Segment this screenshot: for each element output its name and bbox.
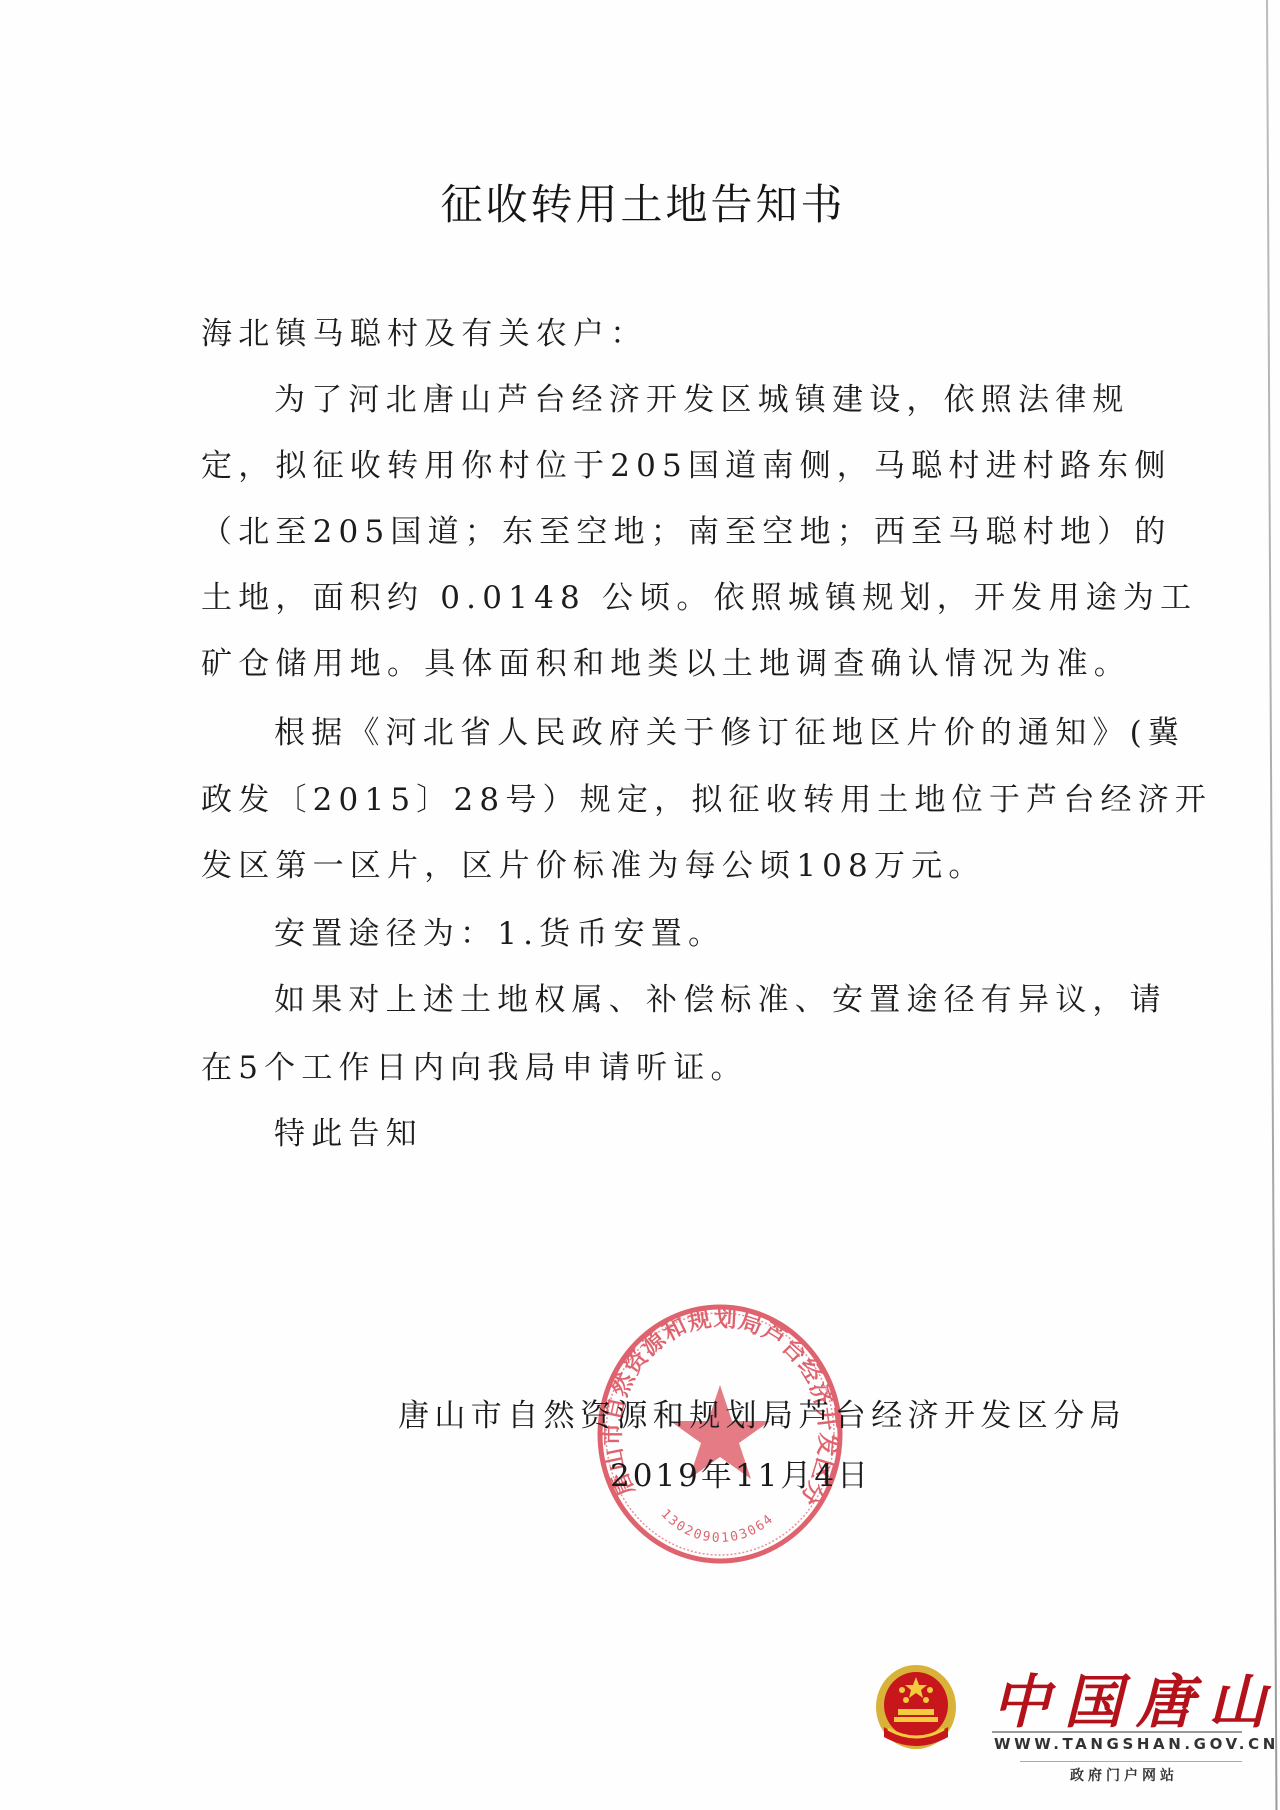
svg-text:1302090103064: 1302090103064 — [658, 1507, 778, 1546]
issue-date: 2019年11月4日 — [610, 1450, 871, 1495]
body-line: 安置途径为：1.货币安置。 — [274, 914, 1154, 954]
stamp-code: 1302090103064 — [658, 1507, 778, 1546]
body-line: 在5个工作日内向我局申请听证。 — [201, 1048, 1081, 1088]
scan-edge-line — [1266, 0, 1277, 1810]
body-line: 为了河北唐山芦台经济开发区城镇建设，依照法律规 — [274, 380, 1154, 420]
document-page: 征收转用土地告知书 海北镇马聪村及有关农户： 为了河北唐山芦台经济开发区城镇建设… — [0, 0, 1280, 1810]
body-line: 发区第一区片，区片价标准为每公顷108万元。 — [201, 846, 1081, 886]
document-title: 征收转用土地告知书 — [0, 172, 1280, 232]
logo-subtitle: 政府门户网站 — [1070, 1765, 1178, 1785]
body-line: 定，拟征收转用你村位于205国道南侧，马聪村进村路东侧 — [201, 446, 1081, 486]
salutation: 海北镇马聪村及有关农户： — [201, 314, 1081, 354]
body-line: 土地，面积约 0.0148 公顷。依照城镇规划，开发用途为工 — [201, 578, 1081, 618]
national-emblem-icon — [874, 1663, 958, 1757]
body-line: 如果对上述土地权属、补偿标准、安置途径有异议，请 — [274, 980, 1154, 1020]
logo-url: WWW.TANGSHAN.GOV.CN — [994, 1735, 1279, 1753]
logo-title: 中国唐山 — [992, 1655, 1280, 1739]
body-line: 特此告知 — [274, 1114, 1154, 1154]
logo-divider — [992, 1731, 1242, 1733]
body-line: （北至205国道；东至空地；南至空地；西至马聪村地）的 — [201, 512, 1081, 552]
tangshan-gov-logo: 中国唐山 WWW.TANGSHAN.GOV.CN 政府门户网站 — [870, 1655, 1260, 1795]
body-line: 矿仓储用地。具体面积和地类以土地调查确认情况为准。 — [201, 644, 1081, 684]
logo-divider-2 — [1020, 1761, 1242, 1762]
body-line: 根据《河北省人民政府关于修订征地区片价的通知》(冀 — [274, 713, 1154, 753]
issuer-signature: 唐山市自然资源和规划局芦台经济开发区分局 — [398, 1390, 1126, 1435]
body-line: 政发〔2015〕28号）规定，拟征收转用土地位于芦台经济开 — [201, 780, 1081, 820]
